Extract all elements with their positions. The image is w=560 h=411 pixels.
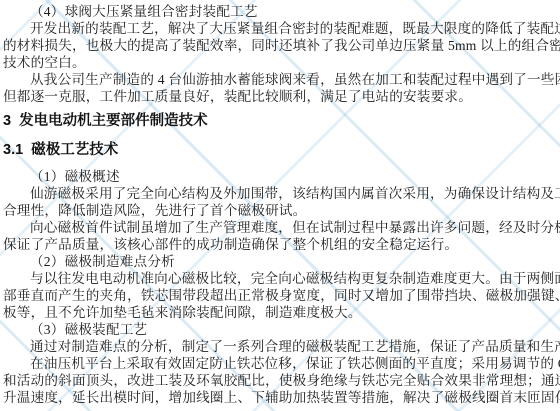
paragraph-line: （2）磁极制造难点分析 (3, 253, 558, 270)
paragraph-line: 通过对制造难点的分析，制定了一系列合理的磁极装配工艺措施，保证了产品质量和生产顺… (3, 338, 558, 355)
paragraph-line: 仙游磁极采用了完全向心结构及外加围带，该结构国内属首次采用，为确保设计结构及工艺… (3, 185, 558, 202)
paragraph-line: 的材料损失，也极大的提高了装配效率，同时还填补了我公司单边压紧量 5mm 以上的… (3, 37, 558, 54)
paragraph-line: （4）球阀大压紧量组合密封装配工艺 (3, 3, 558, 20)
paragraph-line: 部垂直而产生的夹角，铁芯围带段超出正常极身宽度，同时又增加了围带挡块、磁极加强键… (3, 287, 558, 304)
paragraph-line: 但都逐一克服，工件加工质量良好，装配比较顺利，满足了电站的安装要求。 (3, 88, 558, 105)
paragraph-line: 开发出新的装配工艺，解决了大压紧量组合密封的装配难题，既最大限度的降低了装配过程… (3, 20, 558, 37)
document-page: （4）球阀大压紧量组合密封装配工艺 开发出新的装配工艺，解决了大压紧量组合密封的… (0, 0, 560, 411)
section-heading: 3 发电电动机主要部件制造技术 (3, 112, 558, 130)
paragraph-line: 和活动的斜面顶头，改进工装及环氧胶配比，使极身绝缘与铁芯完全贴合效果非常理想；通… (3, 372, 558, 389)
paragraph-line: 升温速度，延长出模时间，增加线圈上、下辅助加热装置等措施，解决了磁极线圈首末匝固… (3, 389, 558, 406)
paragraph-line: （1）磁极概述 (3, 168, 558, 185)
paragraph-line: 向心磁极首件试制虽增加了生产管理难度，但在试制过程中暴露出许多问题，经及时分析改… (3, 219, 558, 236)
paragraph-line: 合理性，降低制造风险，先进行了首个磁极研试。 (3, 202, 558, 219)
paragraph-line: 在油压机平台上采取有效固定防止铁芯位移，保证了铁芯侧面的平直度；采用易调节的 C… (3, 355, 558, 372)
document-content: （4）球阀大压紧量组合密封装配工艺 开发出新的装配工艺，解决了大压紧量组合密封的… (0, 0, 560, 411)
paragraph-line: 从我公司生产制造的 4 台仙游抽水蓄能球阀来看，虽然在加工和装配过程中遇到了一些… (3, 71, 558, 88)
paragraph-line: 与以往发电电动机准向心磁极比较，完全向心磁极结构更复杂制造难度更大。由于两侧面与… (3, 270, 558, 287)
subsection-heading: 3.1 磁极工艺技术 (3, 141, 558, 159)
paragraph-line: 保证了产品质量，该核心部件的成功制造确保了整个机组的安全稳定运行。 (3, 236, 558, 253)
paragraph-line: （3）磁极装配工艺 (3, 321, 558, 338)
paragraph-line: 技术的空白。 (3, 54, 558, 71)
paragraph-line: 板等，且不允许加垫毛毡来消除装配间隙，制造难度极大。 (3, 304, 558, 321)
